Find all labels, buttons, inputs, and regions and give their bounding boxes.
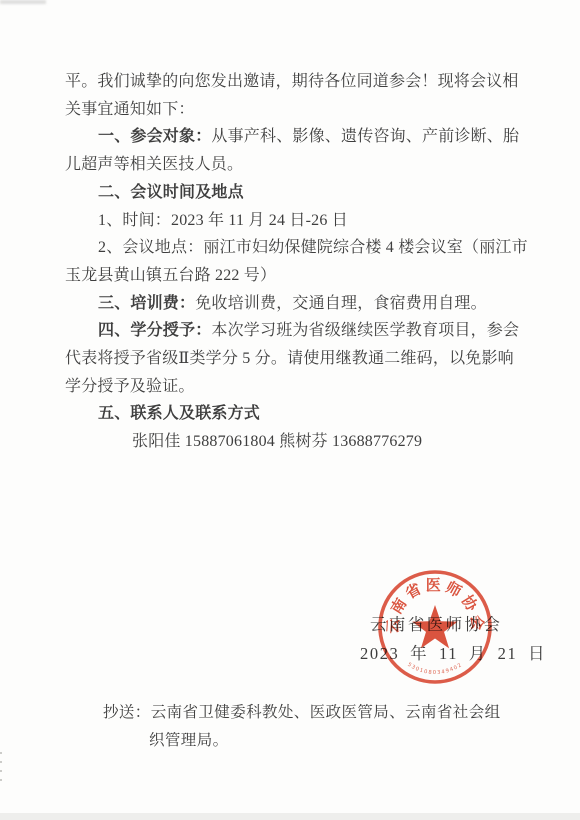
body-line: 平。我们诚挚的向您发出邀请，期待各位同道参会！现将会议相 [65,68,517,96]
body-line-section-4: 四、学分授予：本次学习班为省级继续医学教育项目，参会 [65,317,517,345]
scanned-document-page: 平。我们诚挚的向您发出邀请，期待各位同道参会！现将会议相 关事宜通知如下： 一、… [0,0,580,820]
seal-star-icon [412,605,458,648]
cc-block: 抄送：云南省卫健委科教处、医政医管局、云南省社会组 织管理局。 [103,699,501,754]
seal-serial-number: 5301080349402 [406,662,463,676]
body-line-contacts: 张阳佳 15887061804 熊树芬 13688776279 [65,428,517,456]
body-line-section-1: 一、参会对象：从事产科、影像、遗传咨询、产前诊断、胎 [65,123,517,151]
body-line-time: 1、时间：2023 年 11 月 24 日-26 日 [65,207,517,235]
body-line: 玉龙县黄山镇五台路 222 号） [65,262,517,290]
notice-body: 平。我们诚挚的向您发出邀请，期待各位同道参会！现将会议相 关事宜通知如下： 一、… [65,68,517,456]
body-line: 学分授予及验证。 [65,373,517,401]
body-line-venue: 2、会议地点：丽江市妇幼保健院综合楼 4 楼会议室（丽江市 [65,234,517,262]
scan-artifact-bottom-band [0,813,580,820]
body-line-section-5: 五、联系人及联系方式 [65,400,517,428]
cc-line-2: 织管理局。 [103,727,501,755]
body-line-section-3: 三、培训费：免收培训费，交通自理，食宿费用自理。 [65,290,517,318]
official-seal: 云南省医师协会 5301080349402 [373,565,497,689]
body-line: 儿超声等相关医技人员。 [65,151,517,179]
body-line-section-2: 二、会议时间及地点 [65,179,517,207]
cc-line-1: 抄送：云南省卫健委科教处、医政医管局、云南省社会组 [103,699,501,727]
body-line: 关事宜通知如下： [65,96,517,124]
body-line: 代表将授予省级Ⅱ类学分 5 分。请使用继教通二维码，以免影响 [65,345,517,373]
scan-artifact-edge-specks [0,752,2,786]
scan-artifact-top-streak [0,0,46,4]
